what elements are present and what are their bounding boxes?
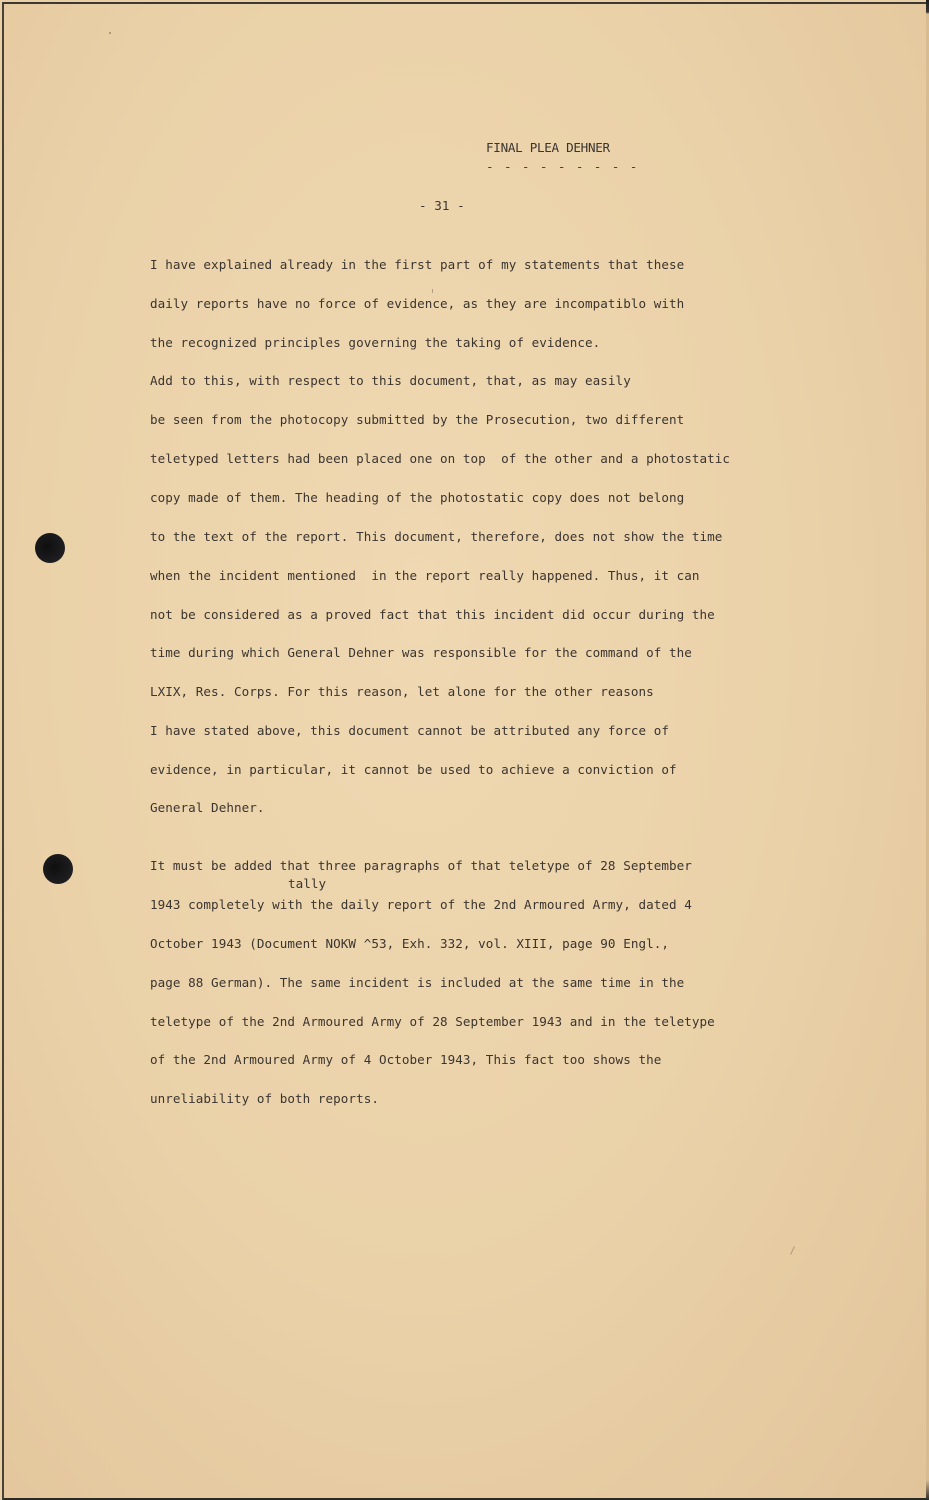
text-line: of the 2nd Armoured Army of 4 October 19… bbox=[150, 1054, 661, 1067]
text-line: I have explained already in the first pa… bbox=[150, 259, 684, 272]
text-line: unreliability of both reports. bbox=[150, 1093, 379, 1106]
text-line: 1943 completely with the daily report of… bbox=[150, 899, 692, 912]
text-line: time during which General Dehner was res… bbox=[150, 647, 692, 660]
title-underline: - - - - - - - - - bbox=[486, 161, 639, 174]
text-line: the recognized principles governing the … bbox=[150, 337, 600, 350]
interlinear-insert: tally bbox=[288, 878, 326, 891]
text-line: daily reports have no force of evidence,… bbox=[150, 298, 684, 311]
text-line: be seen from the photocopy submitted by … bbox=[150, 414, 684, 427]
text-line: teletype of the 2nd Armoured Army of 28 … bbox=[150, 1016, 715, 1029]
punch-hole bbox=[43, 854, 73, 884]
paper-speck bbox=[432, 289, 433, 293]
document-page: FINAL PLEA DEHNER - - - - - - - - - - 31… bbox=[2, 2, 928, 1500]
page-number: - 31 - bbox=[419, 200, 465, 213]
text-line: page 88 German). The same incident is in… bbox=[150, 977, 684, 990]
paper-speck bbox=[109, 32, 111, 34]
text-line: General Dehner. bbox=[150, 802, 264, 815]
paper-speck bbox=[790, 1246, 795, 1255]
text-line: LXIX, Res. Corps. For this reason, let a… bbox=[150, 686, 654, 699]
text-line: October 1943 (Document NOKW ^53, Exh. 33… bbox=[150, 938, 669, 951]
text-line: to the text of the report. This document… bbox=[150, 531, 722, 544]
text-line: evidence, in particular, it cannot be us… bbox=[150, 764, 677, 777]
text-line: not be considered as a proved fact that … bbox=[150, 609, 715, 622]
document-title: FINAL PLEA DEHNER bbox=[486, 142, 610, 155]
text-line: teletyped letters had been placed one on… bbox=[150, 453, 730, 466]
text-line: Add to this, with respect to this docume… bbox=[150, 375, 631, 388]
text-line: copy made of them. The heading of the ph… bbox=[150, 492, 684, 505]
text-line: It must be added that three paragraphs o… bbox=[150, 860, 692, 873]
text-line: when the incident mentioned in the repor… bbox=[150, 570, 700, 583]
text-line: I have stated above, this document canno… bbox=[150, 725, 669, 738]
punch-hole bbox=[35, 533, 65, 563]
